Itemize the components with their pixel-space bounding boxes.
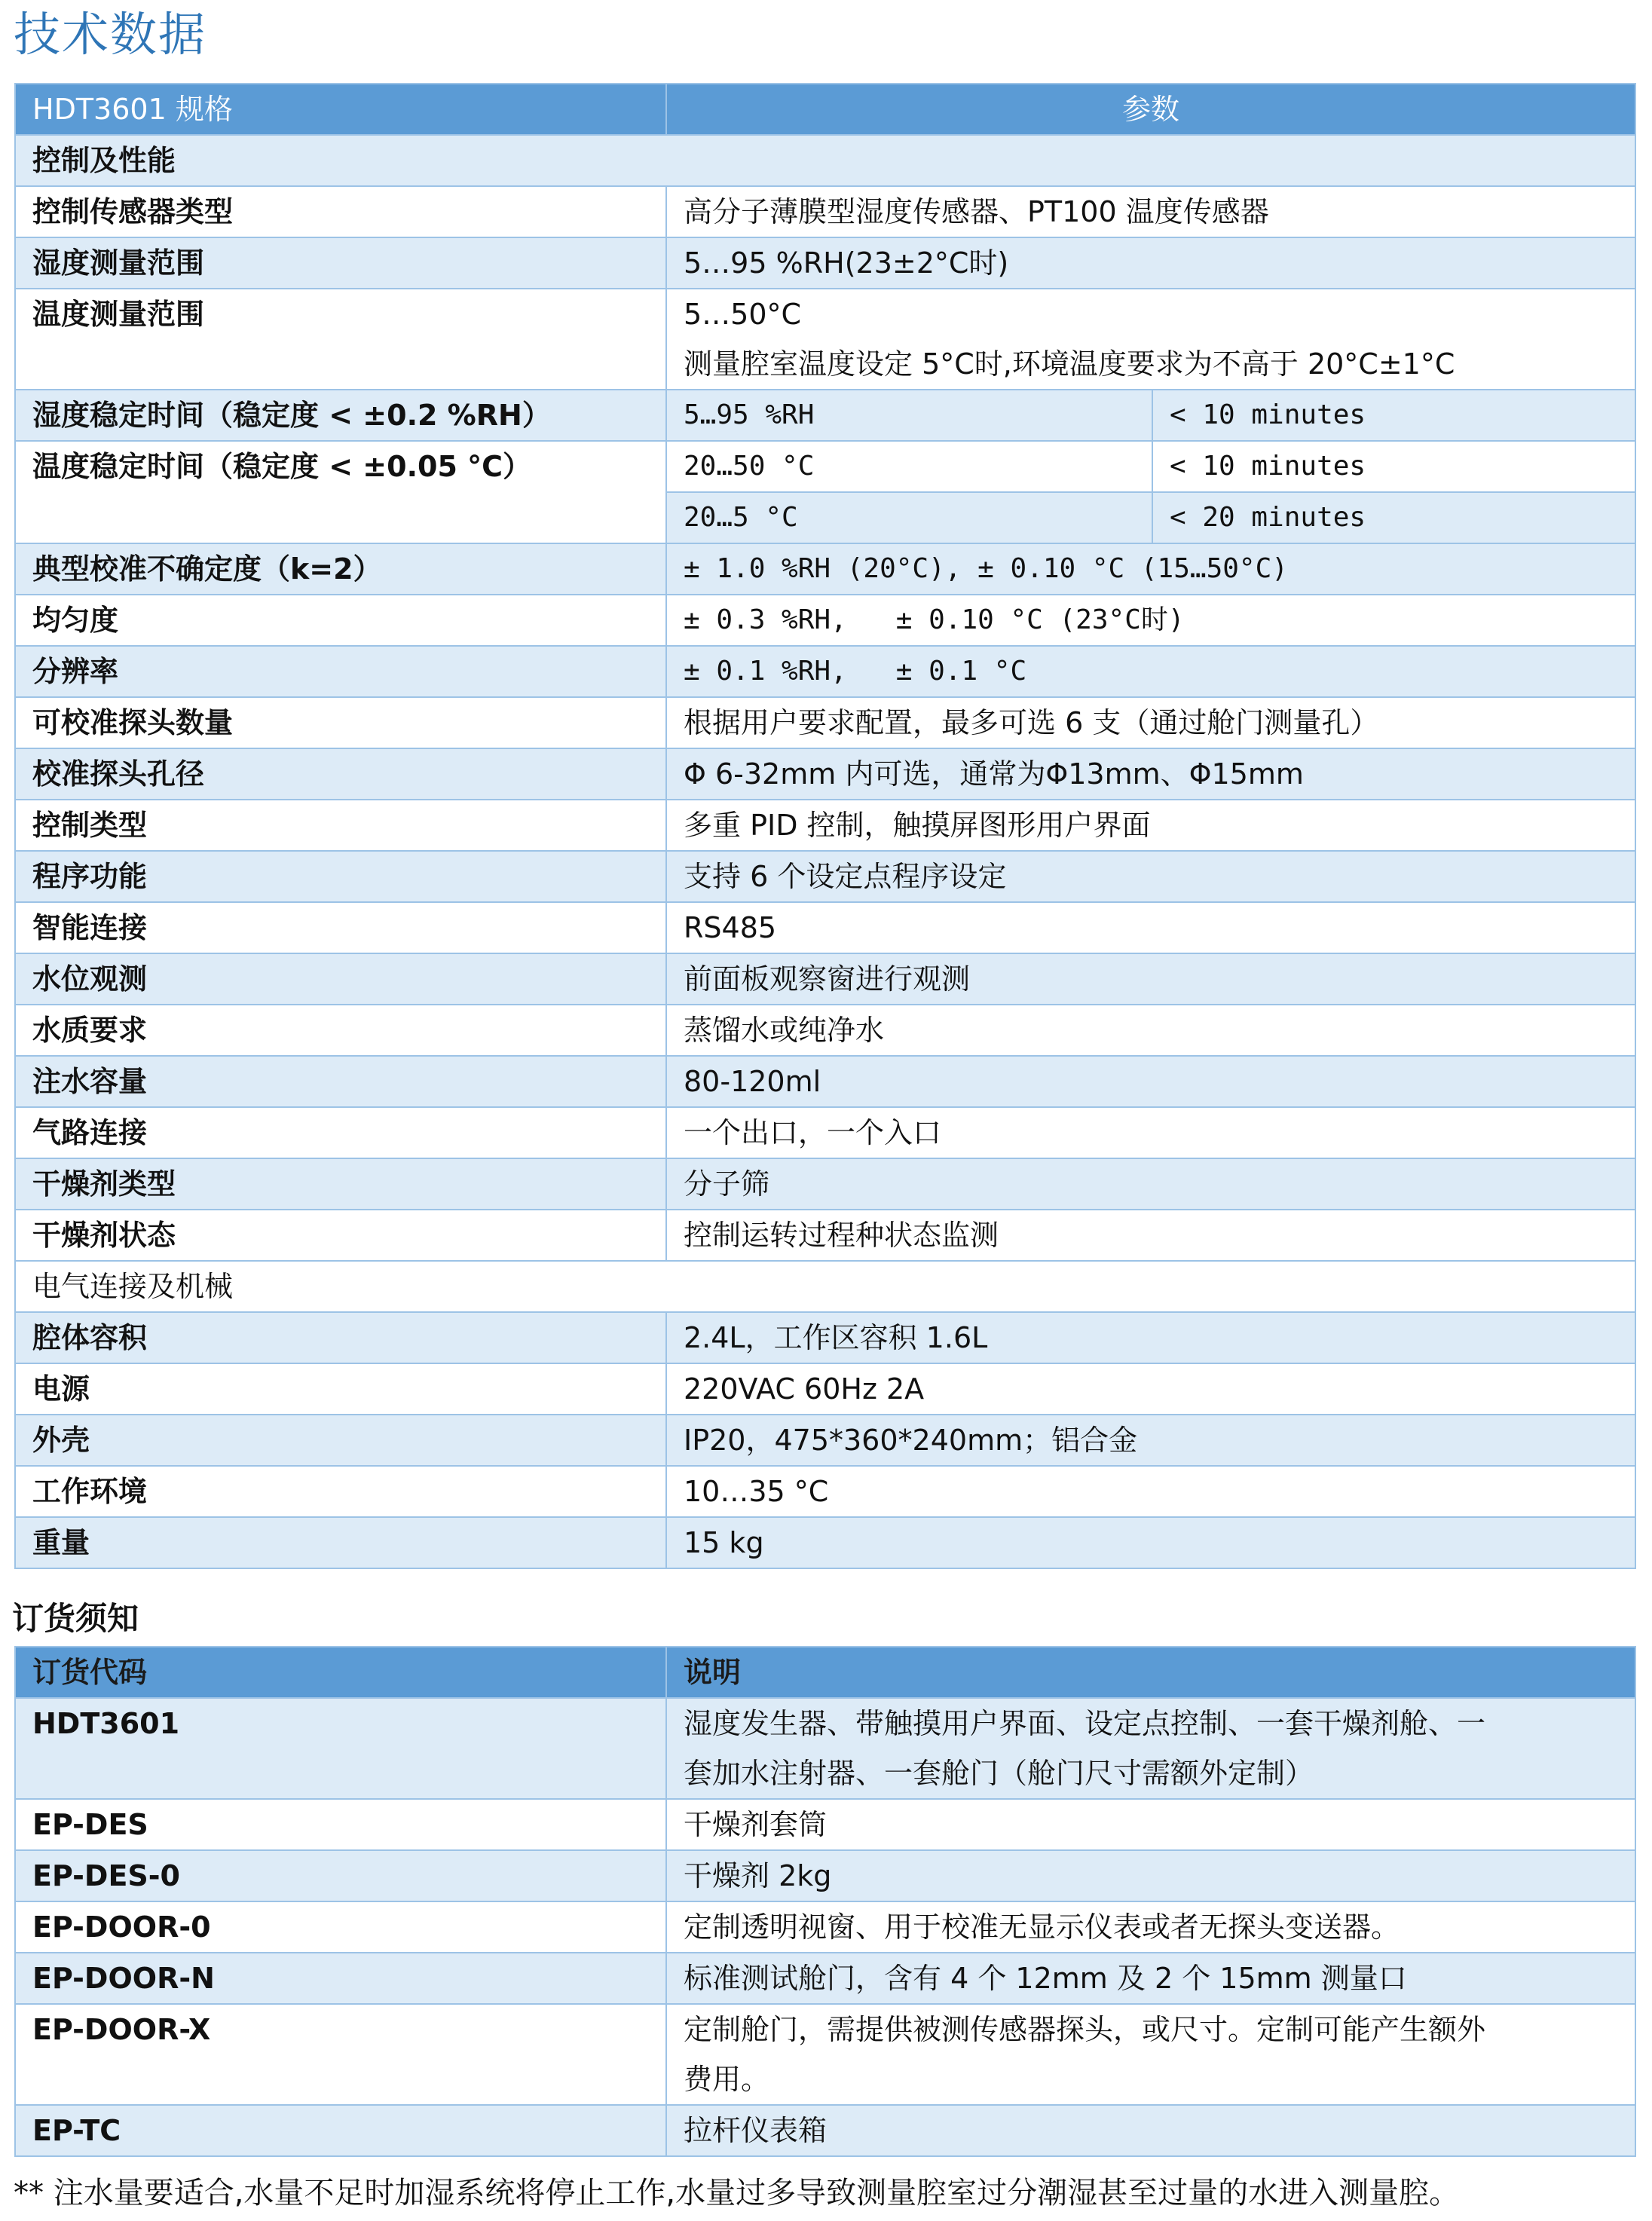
spec-label: 典型校准不确定度（k=2） (15, 543, 666, 595)
spec-label: 均匀度 (15, 595, 666, 646)
order-desc-line2: 费用。 (684, 2054, 1635, 2104)
spec-value: ± 0.3 %RH, ± 0.10 °C (23°C时) (666, 595, 1635, 646)
spec-label: 重量 (15, 1517, 666, 1568)
table-row: EP-DOOR-N标准测试舱门，含有 4 个 12mm 及 2 个 15mm 测… (15, 1953, 1635, 2004)
spec-label: 干燥剂状态 (15, 1210, 666, 1261)
table-row: EP-DOOR-0定制透明视窗、用于校准无显示仪表或者无探头变送器。 (15, 1901, 1635, 1953)
order-header-desc: 说明 (666, 1647, 1635, 1698)
table-row: 温度测量范围 5…50°C 测量腔室温度设定 5°C时,环境温度要求为不高于 2… (15, 289, 1635, 390)
table-row: 程序功能支持 6 个设定点程序设定 (15, 851, 1635, 902)
spec-label: 腔体容积 (15, 1312, 666, 1363)
section-row-electrical: 电气连接及机械 (15, 1261, 1635, 1312)
order-desc-line1: 湿度发生器、带触摸用户界面、设定点控制、一套干燥剂舱、一 (684, 1699, 1635, 1748)
spec-label: 智能连接 (15, 902, 666, 953)
spec-label: 温度稳定时间（稳定度 < ±0.05 °C） (15, 441, 666, 543)
spec-time: < 10 minutes (1152, 441, 1635, 492)
order-code: EP-DOOR-X (15, 2004, 666, 2105)
order-table-header: 订货代码 说明 (15, 1647, 1635, 1698)
spec-label: 湿度稳定时间（稳定度 < ±0.2 %RH） (15, 390, 666, 441)
order-desc-line2: 套加水注射器、一套舱门（舱门尺寸需额外定制） (684, 1748, 1635, 1798)
table-row: 外壳IP20，475*360*240mm；铝合金 (15, 1415, 1635, 1466)
order-section-heading: 订货须知 (12, 1596, 139, 1641)
spec-header-label: HDT3601 规格 (15, 84, 666, 135)
order-code: HDT3601 (15, 1698, 666, 1799)
order-table: 订货代码 说明 HDT3601 湿度发生器、带触摸用户界面、设定点控制、一套干燥… (14, 1646, 1636, 2157)
spec-value: 220VAC 60Hz 2A (666, 1363, 1635, 1415)
table-row: 电源220VAC 60Hz 2A (15, 1363, 1635, 1415)
order-desc: 湿度发生器、带触摸用户界面、设定点控制、一套干燥剂舱、一 套加水注射器、一套舱门… (666, 1698, 1635, 1799)
table-row: 校准探头孔径Φ 6-32mm 内可选，通常为Φ13mm、Φ15mm (15, 748, 1635, 800)
spec-value: 10…35 °C (666, 1466, 1635, 1517)
spec-value: Φ 6-32mm 内可选，通常为Φ13mm、Φ15mm (666, 748, 1635, 800)
table-row: 可校准探头数量根据用户要求配置，最多可选 6 支（通过舱门测量孔） (15, 697, 1635, 748)
spec-value: ± 0.1 %RH, ± 0.1 °C (666, 646, 1635, 697)
order-desc: 标准测试舱门，含有 4 个 12mm 及 2 个 15mm 测量口 (666, 1953, 1635, 2004)
spec-label: 程序功能 (15, 851, 666, 902)
table-row: 干燥剂类型分子筛 (15, 1158, 1635, 1210)
spec-label: 干燥剂类型 (15, 1158, 666, 1210)
spec-value: 控制运转过程种状态监测 (666, 1210, 1635, 1261)
spec-table: HDT3601 规格 参数 控制及性能 控制传感器类型 高分子薄膜型湿度传感器、… (14, 83, 1636, 1569)
order-desc-line1: 定制舱门，需提供被测传感器探头，或尺寸。定制可能产生额外 (684, 2005, 1635, 2054)
spec-label: 外壳 (15, 1415, 666, 1466)
spec-range: 20…5 °C (666, 492, 1152, 543)
order-desc: 干燥剂套筒 (666, 1799, 1635, 1850)
table-row: EP-TC拉杆仪表箱 (15, 2105, 1635, 2156)
spec-value: 支持 6 个设定点程序设定 (666, 851, 1635, 902)
spec-value-line1: 5…50°C (684, 289, 1635, 339)
table-row: EP-DES干燥剂套筒 (15, 1799, 1635, 1850)
spec-label: 分辨率 (15, 646, 666, 697)
spec-value: 5…50°C 测量腔室温度设定 5°C时,环境温度要求为不高于 20°C±1°C (666, 289, 1635, 390)
order-desc: 拉杆仪表箱 (666, 2105, 1635, 2156)
spec-label: 校准探头孔径 (15, 748, 666, 800)
spec-value: 根据用户要求配置，最多可选 6 支（通过舱门测量孔） (666, 697, 1635, 748)
order-code: EP-TC (15, 2105, 666, 2156)
spec-range: 5…95 %RH (666, 390, 1152, 441)
spec-value: 蒸馏水或纯净水 (666, 1005, 1635, 1056)
section-title: 电气连接及机械 (15, 1261, 1635, 1312)
table-row: 分辨率± 0.1 %RH, ± 0.1 °C (15, 646, 1635, 697)
spec-label: 水位观测 (15, 953, 666, 1005)
table-row: 湿度测量范围 5…95 %RH(23±2°C时) (15, 237, 1635, 289)
spec-label: 控制传感器类型 (15, 186, 666, 237)
spec-time: < 10 minutes (1152, 390, 1635, 441)
spec-label: 水质要求 (15, 1005, 666, 1056)
order-code: EP-DES (15, 1799, 666, 1850)
table-row: HDT3601 湿度发生器、带触摸用户界面、设定点控制、一套干燥剂舱、一 套加水… (15, 1698, 1635, 1799)
spec-table-header: HDT3601 规格 参数 (15, 84, 1635, 135)
spec-label: 工作环境 (15, 1466, 666, 1517)
spec-value: 多重 PID 控制，触摸屏图形用户界面 (666, 800, 1635, 851)
order-desc: 定制舱门，需提供被测传感器探头，或尺寸。定制可能产生额外 费用。 (666, 2004, 1635, 2105)
table-row: EP-DES-0干燥剂 2kg (15, 1850, 1635, 1901)
spec-value: IP20，475*360*240mm；铝合金 (666, 1415, 1635, 1466)
spec-label: 控制类型 (15, 800, 666, 851)
spec-value: 5…95 %RH(23±2°C时) (666, 237, 1635, 289)
spec-value-line2: 测量腔室温度设定 5°C时,环境温度要求为不高于 20°C±1°C (684, 339, 1635, 389)
table-row: 水质要求蒸馏水或纯净水 (15, 1005, 1635, 1056)
spec-value: 分子筛 (666, 1158, 1635, 1210)
spec-time: < 20 minutes (1152, 492, 1635, 543)
table-row: 均匀度± 0.3 %RH, ± 0.10 °C (23°C时) (15, 595, 1635, 646)
spec-value: 一个出口，一个入口 (666, 1107, 1635, 1158)
spec-label: 气路连接 (15, 1107, 666, 1158)
order-code: EP-DOOR-N (15, 1953, 666, 2004)
spec-label: 湿度测量范围 (15, 237, 666, 289)
section-title: 控制及性能 (15, 135, 1635, 186)
order-code: EP-DOOR-0 (15, 1901, 666, 1953)
order-desc: 干燥剂 2kg (666, 1850, 1635, 1901)
order-code: EP-DES-0 (15, 1850, 666, 1901)
order-header-code: 订货代码 (15, 1647, 666, 1698)
section-row-control: 控制及性能 (15, 135, 1635, 186)
spec-value: 高分子薄膜型湿度传感器、PT100 温度传感器 (666, 186, 1635, 237)
spec-range: 20…50 °C (666, 441, 1152, 492)
spec-label: 温度测量范围 (15, 289, 666, 390)
table-row: 温度稳定时间（稳定度 < ±0.05 °C） 20…50 °C < 10 min… (15, 441, 1635, 492)
table-row: 控制传感器类型 高分子薄膜型湿度传感器、PT100 温度传感器 (15, 186, 1635, 237)
table-row: 典型校准不确定度（k=2）± 1.0 %RH (20°C), ± 0.10 °C… (15, 543, 1635, 595)
table-row: 干燥剂状态控制运转过程种状态监测 (15, 1210, 1635, 1261)
spec-label: 可校准探头数量 (15, 697, 666, 748)
table-row: 注水容量80-120ml (15, 1056, 1635, 1107)
table-row: 腔体容积2.4L，工作区容积 1.6L (15, 1312, 1635, 1363)
order-desc: 定制透明视窗、用于校准无显示仪表或者无探头变送器。 (666, 1901, 1635, 1953)
table-row: 智能连接RS485 (15, 902, 1635, 953)
spec-label: 电源 (15, 1363, 666, 1415)
spec-label: 注水容量 (15, 1056, 666, 1107)
table-row: 湿度稳定时间（稳定度 < ±0.2 %RH） 5…95 %RH < 10 min… (15, 390, 1635, 441)
spec-value: 15 kg (666, 1517, 1635, 1568)
table-row: 重量15 kg (15, 1517, 1635, 1568)
spec-value: ± 1.0 %RH (20°C), ± 0.10 °C (15…50°C) (666, 543, 1635, 595)
table-row: 控制类型多重 PID 控制，触摸屏图形用户界面 (15, 800, 1635, 851)
spec-header-param: 参数 (666, 84, 1635, 135)
spec-value: RS485 (666, 902, 1635, 953)
table-row: 气路连接一个出口，一个入口 (15, 1107, 1635, 1158)
table-row: 工作环境10…35 °C (15, 1466, 1635, 1517)
spec-value: 前面板观察窗进行观测 (666, 953, 1635, 1005)
table-row: 水位观测前面板观察窗进行观测 (15, 953, 1635, 1005)
page-title: 技术数据 (14, 5, 206, 65)
footnote: ** 注水量要适合,水量不足时加湿系统将停止工作,水量过多导致测量腔室过分潮湿甚… (14, 2171, 1459, 2216)
table-row: EP-DOOR-X 定制舱门，需提供被测传感器探头，或尺寸。定制可能产生额外 费… (15, 2004, 1635, 2105)
spec-value: 2.4L，工作区容积 1.6L (666, 1312, 1635, 1363)
spec-value: 80-120ml (666, 1056, 1635, 1107)
